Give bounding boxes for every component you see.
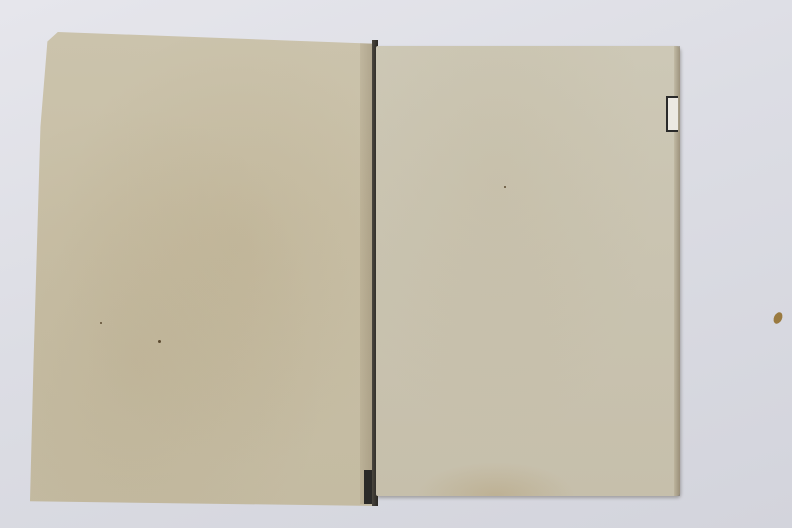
water-stain [416, 462, 576, 496]
surface-stain [772, 311, 784, 325]
stain-speck [158, 340, 161, 343]
photo-scene [0, 0, 792, 528]
stain-speck [100, 322, 102, 324]
metal-clip [666, 96, 678, 132]
right-book-cover [376, 46, 680, 496]
left-book-cover [30, 32, 378, 506]
left-book-spine-binding [364, 470, 372, 504]
stain-speck [504, 186, 506, 188]
